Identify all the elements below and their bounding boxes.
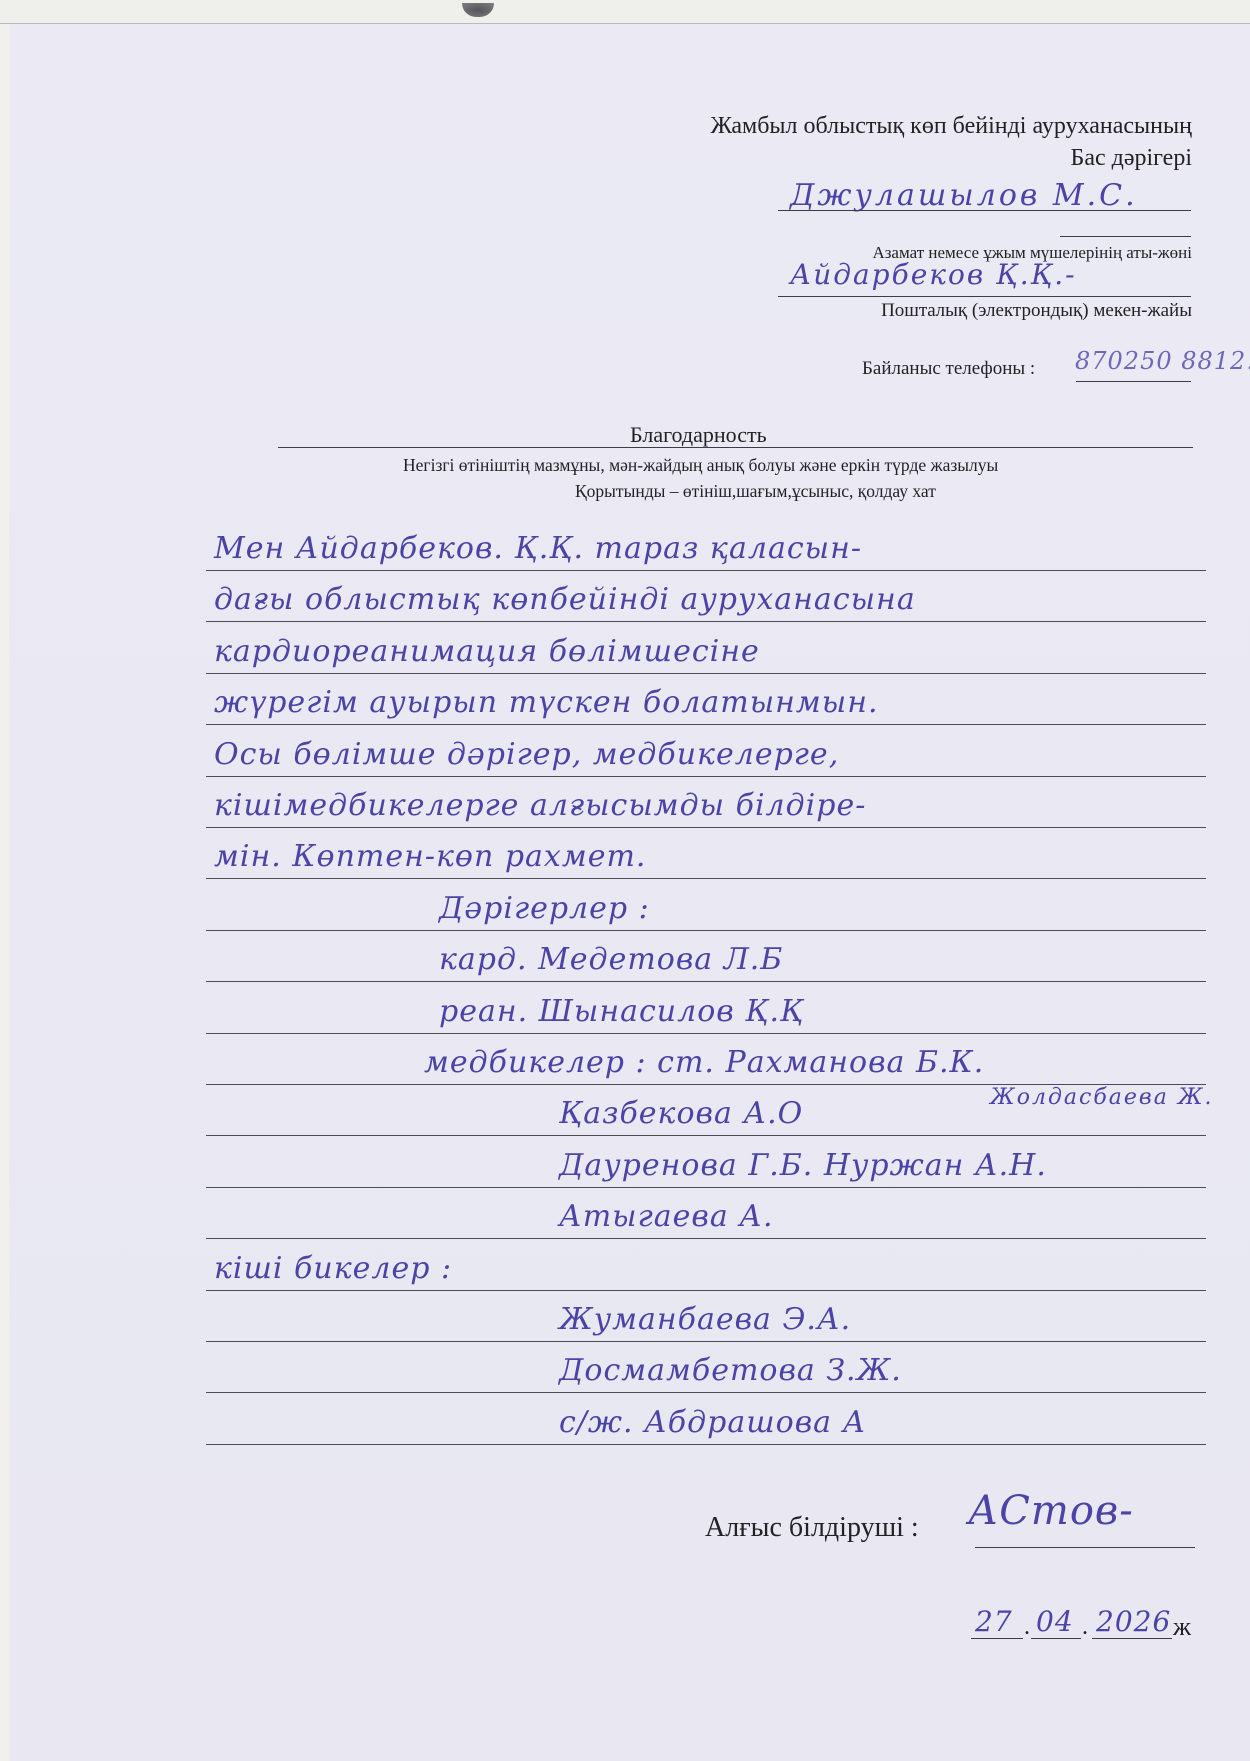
handwritten-line: кард. Медетова Л.Б [439,945,783,975]
handwritten-line: Осы бөлімше дәрігер, медбикелерге, [214,740,839,770]
chief-name-handwritten: Джулашылов М.С. [790,178,1138,213]
ruled-line [206,1290,1206,1291]
date-suffix: ж [1173,1612,1191,1642]
chief-position: Бас дәрігері [1071,145,1192,172]
signer-label: Алғыс білдіруші : [705,1512,919,1544]
ruled-line [206,570,1206,571]
applicant-name-underline [778,296,1191,297]
phone-underline [1076,381,1191,382]
handwritten-line: Атыгаева А. [559,1202,774,1232]
handwritten-line: кардиореанимация бөлімшесіне [214,637,760,667]
scanner-top-edge [0,0,1250,24]
date-separator-1: . [1024,1614,1030,1641]
handwritten-line: Досмамбетова З.Ж. [559,1356,902,1386]
ruled-line [206,1187,1206,1188]
ruled-line [206,930,1206,931]
ruled-line [206,776,1206,777]
applicant-name-handwritten: Айдарбеков Қ.Қ.- [790,258,1077,291]
ruled-line [206,981,1206,982]
hospital-name: Жамбыл облыстық көп бейінді ауруханасыны… [710,113,1192,140]
handwritten-line: с/ж. Абдрашова А [559,1408,866,1438]
scanner-clip-shadow [462,3,494,17]
handwritten-line: реан. Шынасилов Қ.Қ [439,997,804,1027]
ruled-line [206,1392,1206,1393]
date-year: 2026 [1096,1605,1171,1638]
date-month-underline [1031,1638,1081,1639]
ruled-line [206,724,1206,725]
ruled-line [206,827,1206,828]
ruled-line [206,878,1206,879]
handwritten-line: жүрегім ауырып түскен болатынмын. [214,688,879,718]
ruled-line [206,1238,1206,1239]
date-year-underline [1092,1638,1172,1639]
instruction-line-1: Негізгі өтініштің мазмұны, мән-жайдың ан… [403,455,998,476]
handwritten-line: Жуманбаева Э.А. [559,1305,851,1335]
scanner-left-edge [0,24,9,1761]
document-title: Благодарность [630,422,767,448]
ruled-line [206,673,1206,674]
handwritten-line: кіші бикелер : [214,1254,452,1284]
short-rule [1060,236,1191,237]
ruled-line [206,1033,1206,1034]
instruction-line-2: Қорытынды – өтініш,шағым,ұсыныс, қолдау … [575,481,936,502]
ruled-line [206,1135,1206,1136]
extra-nurse-name-handwritten: Жолдасбаева Ж. [990,1085,1214,1110]
handwritten-line: Дәрігерлер : [439,894,650,924]
handwritten-line: мін. Көптен-көп рахмет. [214,842,646,872]
date-separator-2: . [1082,1614,1088,1641]
handwritten-line: Мен Айдарбеков. Қ.Қ. тараз қаласын- [214,534,862,564]
signer-signature: АСтов- [968,1488,1134,1534]
phone-value-handwritten: 870250 8812. [1075,347,1250,375]
signature-underline [975,1547,1195,1548]
ruled-line [206,1444,1206,1445]
ruled-line [206,1341,1206,1342]
ruled-line [206,621,1206,622]
handwritten-line: дағы облыстық көпбейінді ауруханасына [214,585,916,615]
handwritten-line: Дауренова Г.Б. Нуржан А.Н. [559,1151,1047,1181]
handwritten-line: медбикелер : ст. Рахманова Б.К. [424,1048,984,1078]
handwritten-line: Қазбекова А.О [559,1099,803,1129]
phone-label: Байланыс телефоны : [862,358,1035,380]
address-label: Поштaлық (электрондық) мекен-жайы [881,300,1192,322]
handwritten-line: кішімедбикелерге алғысымды білдіре- [214,791,866,821]
date-day-underline [971,1638,1023,1639]
date-day: 27 [975,1605,1013,1638]
date-month: 04 [1036,1605,1074,1638]
chief-name-underline [778,210,1191,211]
